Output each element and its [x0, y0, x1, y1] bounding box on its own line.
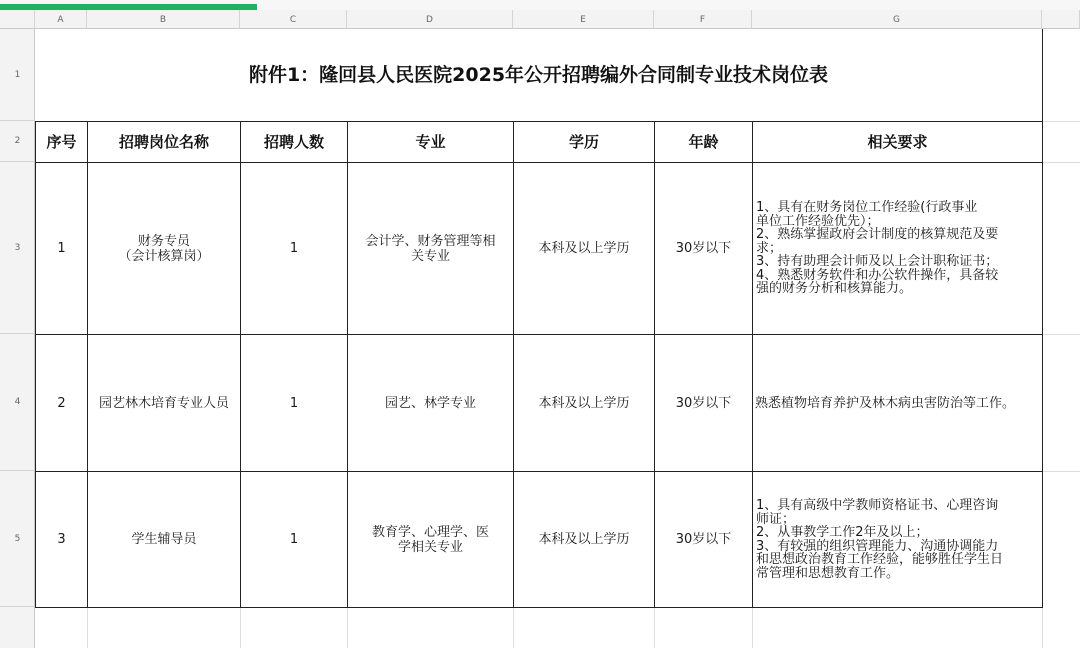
gridline — [752, 607, 753, 648]
column-header-c[interactable]: C — [240, 10, 347, 29]
header-cell-education[interactable]: 学历 — [513, 121, 655, 163]
table-title: 附件1：隆回县人民医院2025年公开招聘编外合同制专业技术岗位表 — [249, 68, 828, 83]
row-header-5[interactable]: 5 — [0, 471, 35, 607]
table-row-3-position[interactable]: 学生辅导员 — [87, 471, 241, 608]
gridline — [1042, 607, 1043, 648]
table-row-2-count[interactable]: 1 — [240, 334, 348, 472]
gridline — [513, 607, 514, 648]
table-title-cell[interactable]: 附件1：隆回县人民医院2025年公开招聘编外合同制专业技术岗位表 — [35, 29, 1043, 122]
table-row-2-age[interactable]: 30岁以下 — [654, 334, 753, 472]
major-value: 教育学、心理学、医 学相关专业 — [372, 525, 489, 555]
header-count-label: 招聘人数 — [264, 135, 324, 150]
column-header-e[interactable]: E — [513, 10, 654, 29]
row-header-2[interactable]: 2 — [0, 121, 35, 162]
header-age-label: 年龄 — [688, 135, 718, 150]
column-header-b[interactable]: B — [87, 10, 240, 29]
seq-value: 1 — [57, 241, 65, 256]
table-row-3-count[interactable]: 1 — [240, 471, 348, 608]
header-cell-seq[interactable]: 序号 — [35, 121, 88, 163]
gridline — [1042, 334, 1080, 335]
row-header-column: 1 2 3 4 5 — [0, 29, 35, 648]
table-row-1-requirements[interactable]: 1、具有在财务岗位工作经验(行政事业 单位工作经验优先）； 2、熟练掌握政府会计… — [752, 162, 1043, 335]
table-row-2-education[interactable]: 本科及以上学历 — [513, 334, 655, 472]
age-value: 30岁以下 — [676, 396, 732, 411]
table-row-1-seq[interactable]: 1 — [35, 162, 88, 335]
table-row-2-position[interactable]: 园艺林木培育专业人员 — [87, 334, 241, 472]
table-row-1-education[interactable]: 本科及以上学历 — [513, 162, 655, 335]
header-cell-age[interactable]: 年龄 — [654, 121, 753, 163]
column-header-a[interactable]: A — [35, 10, 87, 29]
gridline — [347, 607, 348, 648]
header-cell-major[interactable]: 专业 — [347, 121, 514, 163]
position-value: 园艺林木培育专业人员 — [99, 396, 229, 411]
gridline — [1042, 162, 1080, 163]
table-row-3-requirements[interactable]: 1、具有高级中学教师资格证书、心理咨询 师证； 2、从事教学工作2年及以上； 3… — [752, 471, 1043, 608]
age-value: 30岁以下 — [676, 532, 732, 547]
table-row-1-count[interactable]: 1 — [240, 162, 348, 335]
top-bar — [0, 0, 1080, 10]
requirements-value: 1、具有高级中学教师资格证书、心理咨询 师证； 2、从事教学工作2年及以上； 3… — [756, 499, 1003, 580]
gridline — [654, 607, 655, 648]
column-header-g[interactable]: G — [752, 10, 1042, 29]
header-cell-count[interactable]: 招聘人数 — [240, 121, 348, 163]
major-value: 会计学、财务管理等相 关专业 — [365, 234, 495, 264]
column-header-h[interactable] — [1042, 10, 1080, 29]
header-position-label: 招聘岗位名称 — [119, 135, 209, 150]
table-row-1-major[interactable]: 会计学、财务管理等相 关专业 — [347, 162, 514, 335]
header-cell-position[interactable]: 招聘岗位名称 — [87, 121, 241, 163]
gridline — [1042, 121, 1080, 122]
education-value: 本科及以上学历 — [538, 396, 629, 411]
education-value: 本科及以上学历 — [538, 241, 629, 256]
header-education-label: 学历 — [569, 135, 599, 150]
gridline — [1042, 471, 1080, 472]
table-row-3-education[interactable]: 本科及以上学历 — [513, 471, 655, 608]
gridline — [87, 607, 88, 648]
table-row-2-seq[interactable]: 2 — [35, 334, 88, 472]
age-value: 30岁以下 — [676, 241, 732, 256]
table-row-2-requirements[interactable]: 熟悉植物培育养护及林木病虫害防治等工作。 — [752, 334, 1043, 472]
table-row-2-major[interactable]: 园艺、林学专业 — [347, 334, 514, 472]
table-row-1-position[interactable]: 财务专员 （会计核算岗） — [87, 162, 241, 335]
column-header-d[interactable]: D — [347, 10, 513, 29]
count-value: 1 — [290, 241, 298, 256]
major-value: 园艺、林学专业 — [385, 396, 476, 411]
column-header-row: A B C D E F G — [0, 10, 1080, 29]
header-requirements-label: 相关要求 — [867, 135, 927, 150]
table-row-3-major[interactable]: 教育学、心理学、医 学相关专业 — [347, 471, 514, 608]
header-cell-requirements[interactable]: 相关要求 — [752, 121, 1043, 163]
seq-value: 3 — [57, 532, 65, 547]
gridline — [240, 607, 241, 648]
table-row-3-age[interactable]: 30岁以下 — [654, 471, 753, 608]
column-header-f[interactable]: F — [654, 10, 752, 29]
requirements-value: 1、具有在财务岗位工作经验(行政事业 单位工作经验优先）； 2、熟练掌握政府会计… — [756, 201, 998, 296]
header-seq-label: 序号 — [46, 135, 76, 150]
row-header-4[interactable]: 4 — [0, 334, 35, 471]
count-value: 1 — [290, 396, 298, 411]
header-major-label: 专业 — [415, 135, 445, 150]
seq-value: 2 — [57, 396, 65, 411]
select-all-corner[interactable] — [0, 10, 35, 29]
position-value: 财务专员 （会计核算岗） — [118, 234, 209, 264]
table-row-3-seq[interactable]: 3 — [35, 471, 88, 608]
education-value: 本科及以上学历 — [538, 532, 629, 547]
count-value: 1 — [290, 532, 298, 547]
row-header-6[interactable] — [0, 607, 35, 648]
requirements-value: 熟悉植物培育养护及林木病虫害防治等工作。 — [755, 396, 1015, 411]
position-value: 学生辅导员 — [131, 532, 196, 547]
table-row-1-age[interactable]: 30岁以下 — [654, 162, 753, 335]
row-header-1[interactable]: 1 — [0, 29, 35, 121]
row-header-3[interactable]: 3 — [0, 162, 35, 334]
